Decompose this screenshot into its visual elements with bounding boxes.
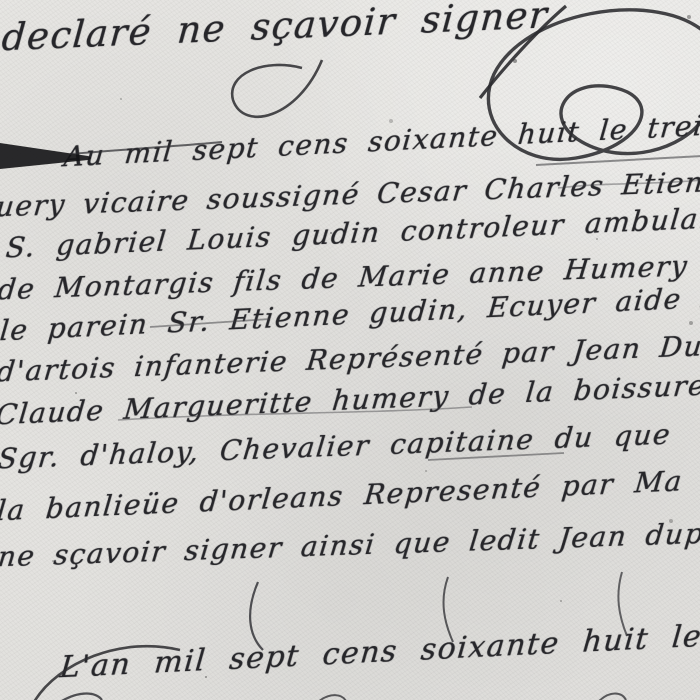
descender-loop-stroke — [232, 60, 322, 117]
underline-stroke — [118, 407, 472, 420]
descender-stroke — [250, 582, 263, 650]
ink-wedge-tail-stroke — [70, 142, 222, 154]
capital-swash-stroke — [34, 646, 180, 700]
ink-wedge-blot — [0, 143, 91, 169]
bottom-edge-stroke — [318, 695, 346, 700]
strikethrough-stroke — [428, 453, 564, 460]
pen-strokes-overlay — [0, 0, 700, 700]
descender-stroke — [444, 577, 453, 642]
descender-stroke — [618, 572, 627, 636]
manuscript-scan: declaré ne sçavoir signer Au mil sept ce… — [0, 0, 700, 700]
bottom-edge-stroke — [598, 694, 626, 700]
bottom-edge-stroke — [60, 694, 102, 700]
underline-stroke — [558, 180, 700, 188]
diagonal-slash-stroke — [480, 6, 566, 98]
strikethrough-stroke — [150, 319, 270, 327]
paraph-flourish — [488, 10, 700, 160]
